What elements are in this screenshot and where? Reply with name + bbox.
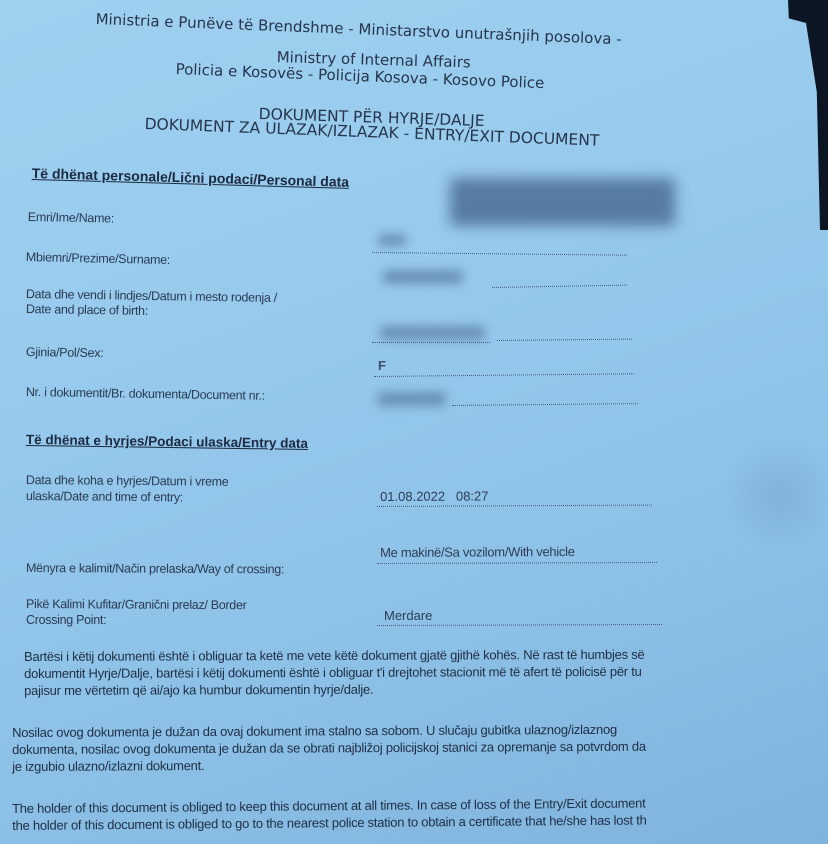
border-point-label-english: Crossing Point: xyxy=(26,613,106,628)
border-point-value: Merdare xyxy=(384,608,432,623)
border-point-line xyxy=(377,624,662,626)
sex-value: F xyxy=(378,358,386,373)
birth-field-line-a xyxy=(372,342,490,343)
sex-field-line xyxy=(374,373,634,377)
document-number-redacted xyxy=(378,392,446,406)
crossing-method-value: Me makinë/Sa vozilom/With vehicle xyxy=(380,544,575,560)
surname-label: Mbiemri/Prezime/Surname: xyxy=(26,250,171,268)
entry-datetime-label: Data dhe koha e hyrjes/Datum i vreme xyxy=(26,473,229,490)
background-edge xyxy=(788,0,828,230)
entry-data-heading: Të dhënat e hyrjes/Podaci ulaska/Entry d… xyxy=(26,432,308,451)
notice-albanian: Bartësi i këtij dokumenti është i obligu… xyxy=(24,646,645,699)
crossing-method-label: Mënyra e kalimit/Način prelaska/Way of c… xyxy=(26,561,284,577)
sex-label: Gjinia/Pol/Sex: xyxy=(26,345,104,361)
notice-line: dokumentit Hyrje/Dalje, bartësi i këtij … xyxy=(24,663,644,682)
surname-field-line xyxy=(492,285,627,288)
document-number-line xyxy=(452,403,638,406)
entry-datetime-label-english: ulaska/Date and time of entry: xyxy=(26,489,183,505)
entry-datetime-line xyxy=(377,505,652,507)
entry-datetime-value: 01.08.2022 08:27 xyxy=(380,488,489,504)
notice-serbian: Nosilac ovog dokumenta je dužan da ovaj … xyxy=(12,721,646,775)
notice-line: Bartësi i këtij dokumenti është i obligu… xyxy=(24,646,644,665)
border-point-label: Pikë Kalimi Kufitar/Granični prelaz/ Bor… xyxy=(26,597,247,613)
redacted-block xyxy=(450,178,675,226)
notice-english: The holder of this document is obliged t… xyxy=(12,794,647,834)
name-field-line xyxy=(372,252,627,256)
birth-label-english: Date and place of birth: xyxy=(26,302,148,319)
crossing-method-line xyxy=(377,562,657,564)
surname-value-redacted xyxy=(383,270,463,284)
ministry-header: Ministria e Punëve të Brendshme - Minist… xyxy=(95,10,622,48)
document-number-label: Nr. i dokumentit/Br. dokumenta/Document … xyxy=(26,385,265,404)
personal-data-heading: Të dhënat personale/Lični podaci/Persona… xyxy=(32,165,350,190)
name-label: Emri/Ime/Name: xyxy=(28,210,114,227)
notice-line: pajisur me vërtetim që ai/ajo ka humbur … xyxy=(24,680,644,699)
paper-shadow xyxy=(720,440,828,550)
notice-line: je izgubio ulazno/izlazni dokument. xyxy=(12,755,646,775)
name-value-redacted xyxy=(378,234,406,246)
birth-value-redacted xyxy=(380,326,485,340)
birth-field-line-b xyxy=(497,339,632,341)
notice-line: dokumenta, nosilac ovog dokumenta je duž… xyxy=(12,738,646,758)
